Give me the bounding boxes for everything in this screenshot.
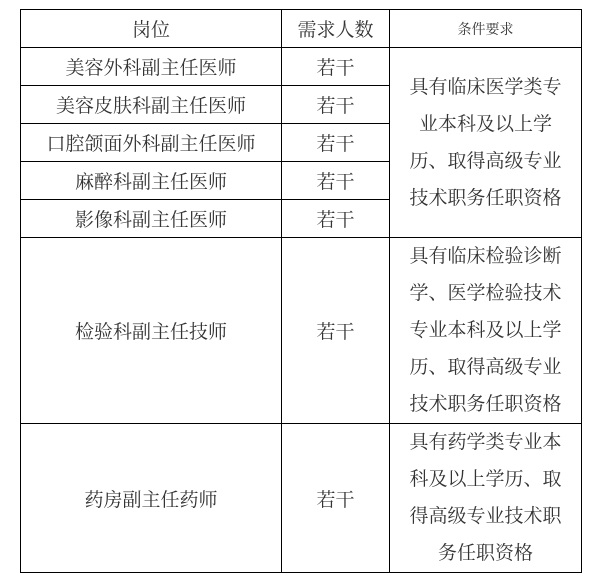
position-cell: 美容外科副主任医师	[21, 48, 282, 86]
table-row: 美容外科副主任医师 若干 具有临床医学类专 业本科及以上学 历、取得高级专业 技…	[21, 48, 582, 86]
requirements-cell: 具有临床医学类专 业本科及以上学 历、取得高级专业 技术职务任职资格	[390, 48, 582, 238]
requirement-line: 具有药学类专业本	[390, 424, 581, 461]
requirement-line: 技术职务任职资格	[390, 386, 581, 423]
requirement-line: 历、取得高级专业	[390, 143, 581, 180]
count-cell: 若干	[282, 200, 390, 238]
count-cell: 若干	[282, 48, 390, 86]
position-cell: 口腔颌面外科副主任医师	[21, 124, 282, 162]
position-cell: 影像科副主任医师	[21, 200, 282, 238]
position-cell: 美容皮肤科副主任医师	[21, 86, 282, 124]
requirement-line: 具有临床医学类专	[390, 69, 581, 106]
requirements-cell: 具有临床检验诊断 学、医学检验技术 专业本科及以上学 历、取得高级专业 技术职务…	[390, 238, 582, 424]
header-requirements: 条件要求	[390, 10, 582, 48]
count-cell: 若干	[282, 162, 390, 200]
position-cell: 麻醉科副主任医师	[21, 162, 282, 200]
requirement-line: 专业本科及以上学	[390, 312, 581, 349]
recruitment-table: 岗位 需求人数 条件要求 美容外科副主任医师 若干 具有临床医学类专 业本科及以…	[20, 9, 582, 573]
requirements-cell: 具有药学类专业本 科及以上学历、取 得高级专业技术职 务任职资格	[390, 424, 582, 573]
table-row: 检验科副主任技师 若干 具有临床检验诊断 学、医学检验技术 专业本科及以上学 历…	[21, 238, 582, 424]
table-row: 药房副主任药师 若干 具有药学类专业本 科及以上学历、取 得高级专业技术职 务任…	[21, 424, 582, 573]
count-cell: 若干	[282, 124, 390, 162]
requirement-line: 得高级专业技术职	[390, 498, 581, 535]
requirement-line: 业本科及以上学	[390, 106, 581, 143]
position-cell: 药房副主任药师	[21, 424, 282, 573]
count-cell: 若干	[282, 424, 390, 573]
count-cell: 若干	[282, 86, 390, 124]
header-position: 岗位	[21, 10, 282, 48]
requirement-line: 学、医学检验技术	[390, 275, 581, 312]
requirement-line: 历、取得高级专业	[390, 349, 581, 386]
count-cell: 若干	[282, 238, 390, 424]
requirement-line: 科及以上学历、取	[390, 461, 581, 498]
requirement-line: 技术职务任职资格	[390, 180, 581, 217]
requirement-line: 具有临床检验诊断	[390, 238, 581, 275]
header-count: 需求人数	[282, 10, 390, 48]
position-cell: 检验科副主任技师	[21, 238, 282, 424]
requirement-line: 务任职资格	[390, 535, 581, 572]
header-row: 岗位 需求人数 条件要求	[21, 10, 582, 48]
